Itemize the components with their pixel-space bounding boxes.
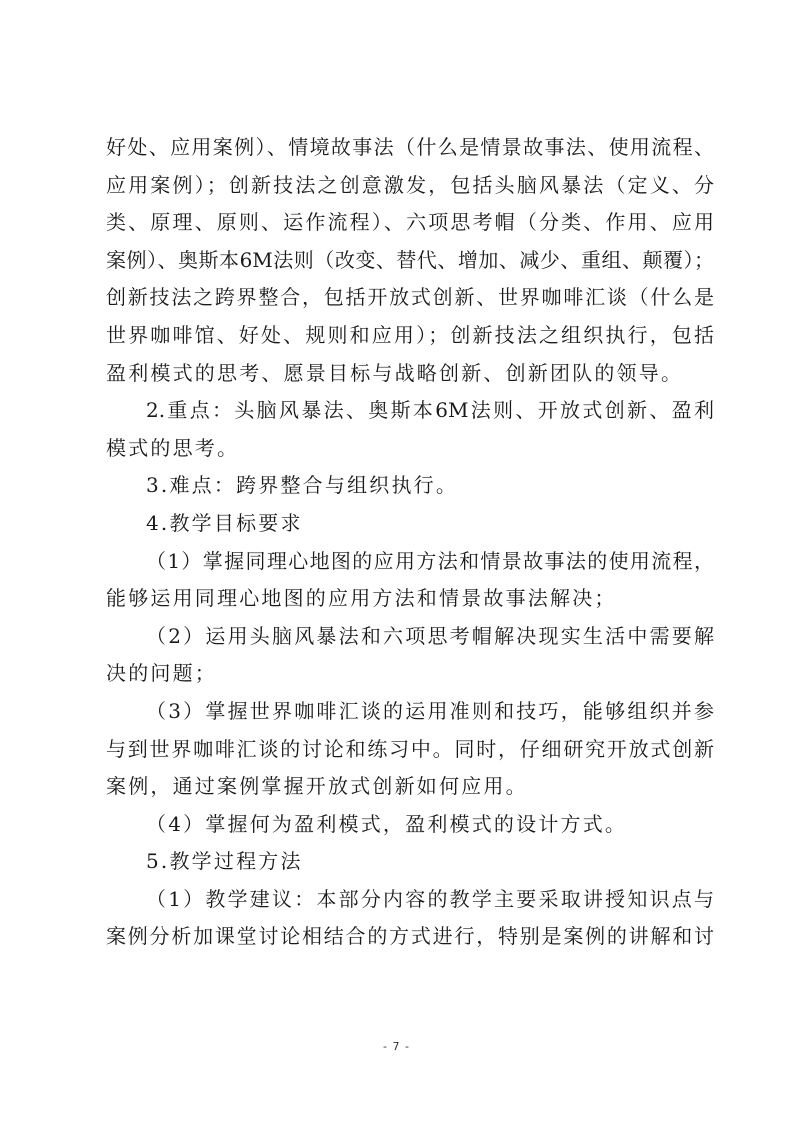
paragraph-line: 案例分析加课堂讨论相结合的方式进行，特别是案例的讲解和讨 — [106, 918, 714, 956]
paragraph-line: 世界咖啡馆、好处、规则和应用）；创新技法之组织执行，包括 — [106, 317, 714, 355]
paragraph-line: 模式的思考。 — [106, 430, 714, 468]
goal-item-1: （1）掌握同理心地图的应用方法和情景故事法的使用流程， — [106, 543, 714, 581]
method-item-1: （1）教学建议：本部分内容的教学主要采取讲授知识点与 — [106, 881, 714, 919]
difficulties-heading: 3.难点：跨界整合与组织执行。 — [106, 467, 714, 505]
paragraph-line: 应用案例）；创新技法之创意激发，包括头脑风暴法（定义、分 — [106, 167, 714, 205]
paragraph-line: 案例，通过案例掌握开放式创新如何应用。 — [106, 768, 714, 806]
paragraph-line: 盈利模式的思考、愿景目标与战略创新、创新团队的领导。 — [106, 355, 714, 393]
teaching-goals-heading: 4.教学目标要求 — [106, 505, 714, 543]
teaching-methods-heading: 5.教学过程方法 — [106, 843, 714, 881]
paragraph-line: 类、原理、原则、运作流程）、六项思考帽（分类、作用、应用 — [106, 204, 714, 242]
paragraph-line: 案例）、奥斯本6M法则（改变、替代、增加、减少、重组、颠覆）； — [106, 242, 714, 280]
paragraph-line: 能够运用同理心地图的应用方法和情景故事法解决； — [106, 580, 714, 618]
paragraph-line: 创新技法之跨界整合，包括开放式创新、世界咖啡汇谈（什么是 — [106, 279, 714, 317]
goal-item-4: （4）掌握何为盈利模式，盈利模式的设计方式。 — [106, 806, 714, 844]
goal-item-2: （2）运用头脑风暴法和六项思考帽解决现实生活中需要解 — [106, 618, 714, 656]
document-body: 好处、应用案例）、情境故事法（什么是情景故事法、使用流程、 应用案例）；创新技法… — [106, 129, 714, 956]
page-number: - 7 - — [0, 1040, 793, 1053]
paragraph-line: 与到世界咖啡汇谈的讨论和练习中。同时，仔细研究开放式创新 — [106, 731, 714, 769]
key-points-heading: 2.重点：头脑风暴法、奥斯本6M法则、开放式创新、盈利 — [106, 392, 714, 430]
paragraph-line: 决的问题； — [106, 655, 714, 693]
paragraph-line: 好处、应用案例）、情境故事法（什么是情景故事法、使用流程、 — [106, 129, 714, 167]
goal-item-3: （3）掌握世界咖啡汇谈的运用准则和技巧，能够组织并参 — [106, 693, 714, 731]
